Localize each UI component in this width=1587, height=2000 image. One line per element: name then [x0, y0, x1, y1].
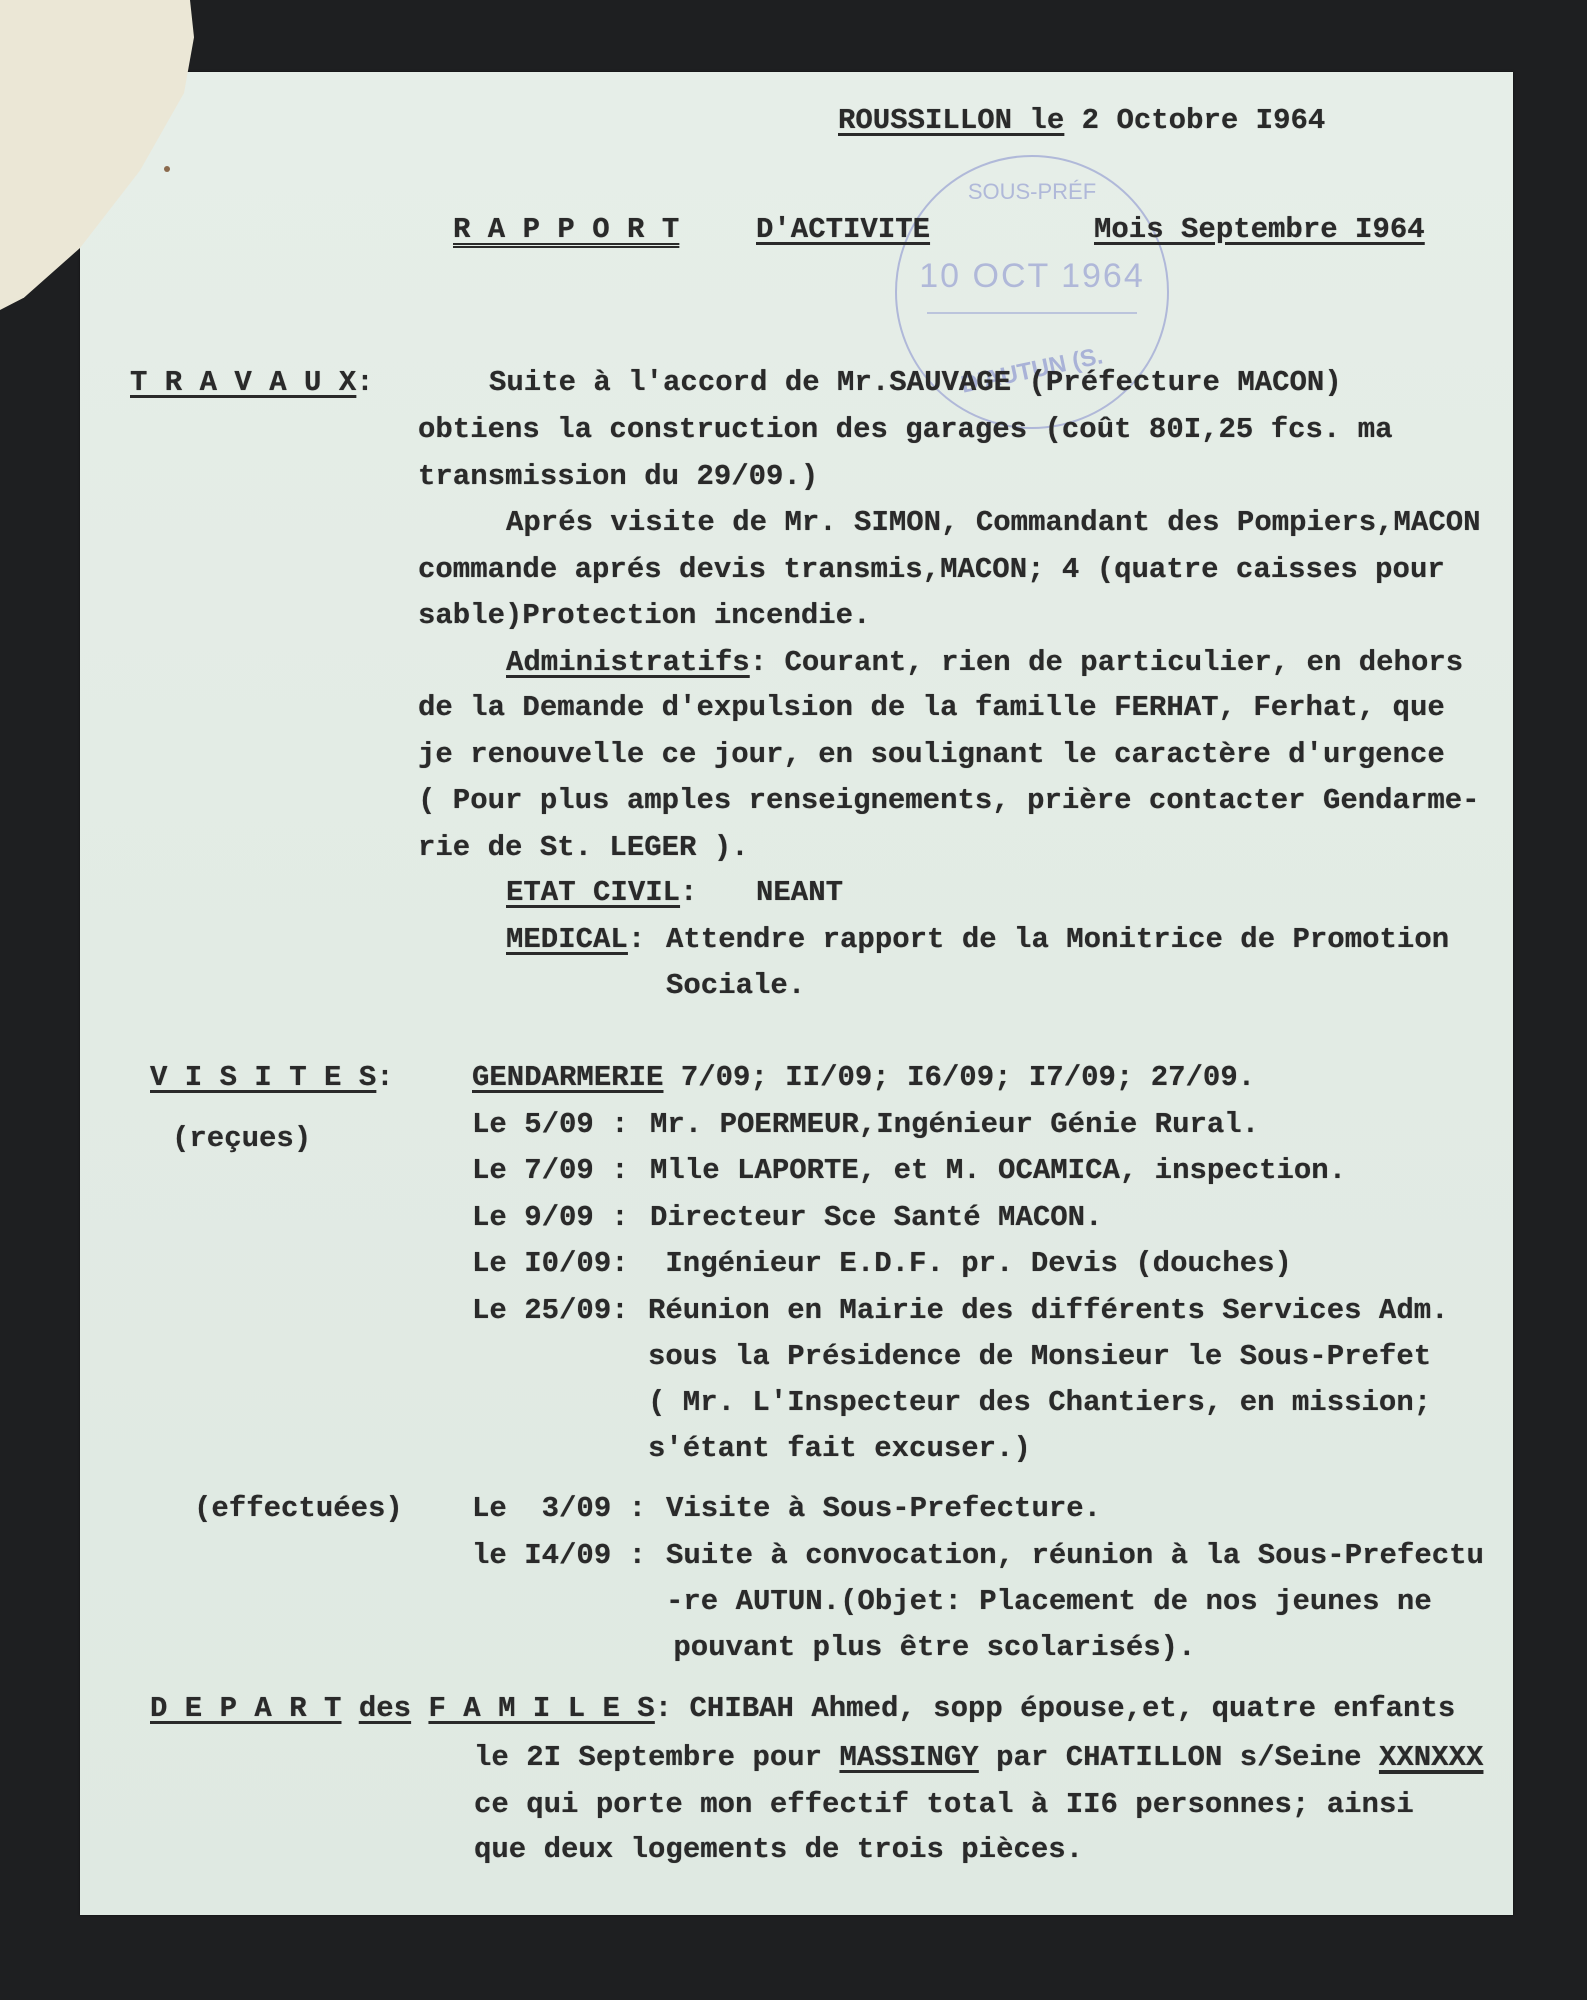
text-fragment: par CHATILLON s/Seine	[979, 1741, 1379, 1774]
text-line: rie de St. LEGER ).	[418, 831, 749, 865]
text-line: obtiens la construction des garages (coû…	[418, 413, 1393, 447]
destination-place: MASSINGY	[839, 1741, 978, 1774]
label-colon: :	[680, 876, 697, 909]
text-line: ce qui porte mon effectif total à II6 pe…	[474, 1788, 1414, 1822]
report-month: Mois Septembre I964	[1094, 213, 1425, 247]
text-line: que deux logements de trois pièces.	[474, 1833, 1083, 1867]
visit-date: Le 25/09:	[472, 1294, 629, 1328]
text-line: CHIBAH Ahmed, sopp épouse,et, quatre enf…	[672, 1692, 1455, 1725]
struck-out-text: XXNXXX	[1379, 1741, 1483, 1774]
text-line: Attendre rapport de la Monitrice de Prom…	[666, 923, 1449, 957]
text-line: je renouvelle ce jour, en soulignant le …	[418, 738, 1445, 772]
label-colon: :	[750, 646, 767, 679]
stamp-date: 10 OCT 1964	[897, 257, 1167, 296]
visit-date: Le 9/09 :	[472, 1201, 629, 1235]
visit-text: Mr. POERMEUR,Ingénieur Génie Rural.	[650, 1108, 1259, 1142]
section-visites-label: V I S I T E S:	[150, 1061, 394, 1095]
visit-date: Le 3/09 :	[472, 1492, 646, 1526]
text-line: s'étant fait excuser.)	[648, 1432, 1031, 1466]
text-line: transmission du 29/09.)	[418, 460, 818, 494]
text-line: Sociale.	[666, 969, 805, 1003]
etat-civil-line: ETAT CIVIL:	[506, 876, 697, 910]
depart-label: D E P A R T	[150, 1692, 341, 1725]
recues-label: (reçues)	[172, 1122, 311, 1156]
gendarmerie-dates: 7/09; II/09; I6/09; I7/09; 27/09.	[663, 1061, 1255, 1094]
administratifs-label: Administratifs	[506, 646, 750, 679]
label-colon: :	[655, 1692, 672, 1725]
visit-text: Mlle LAPORTE, et M. OCAMICA, inspection.	[650, 1154, 1346, 1188]
text-line: Suite à l'accord de Mr.SAUVAGE (Préfectu…	[489, 366, 1342, 400]
label-colon: :	[628, 923, 645, 956]
gendarmerie-line: GENDARMERIE 7/09; II/09; I6/09; I7/09; 2…	[472, 1061, 1255, 1095]
place-date-line: ROUSSILLON le 2 Octobre I964	[838, 104, 1325, 138]
visit-text: Suite à convocation, réunion à la Sous-P…	[666, 1539, 1484, 1573]
section-travaux-label: T R A V A U X:	[130, 366, 374, 400]
visit-text: Ingénieur E.D.F. pr. Devis (douches)	[648, 1247, 1292, 1281]
stamp-rule	[927, 312, 1137, 314]
etat-civil-label: ETAT CIVIL	[506, 876, 680, 909]
date: 2 Octobre I964	[1064, 104, 1325, 137]
report-title: R A P P O R T	[453, 213, 679, 247]
gendarmerie-label: GENDARMERIE	[472, 1061, 663, 1094]
text-line: Courant, rien de particulier, en dehors	[767, 646, 1463, 679]
visit-text: Directeur Sce Santé MACON.	[650, 1201, 1102, 1235]
administratifs-line: Administratifs: Courant, rien de particu…	[506, 646, 1463, 680]
text-line: pouvant plus être scolarisés).	[656, 1631, 1196, 1665]
title-activite: D'ACTIVITE	[756, 213, 930, 246]
visit-text: Réunion en Mairie des différents Service…	[648, 1294, 1449, 1328]
medical-line: MEDICAL:	[506, 923, 645, 957]
report-subtitle: D'ACTIVITE	[756, 213, 930, 247]
text-line: sous la Présidence de Monsieur le Sous-P…	[648, 1340, 1431, 1374]
depart-line-2: le 2I Septembre pour MASSINGY par CHATIL…	[474, 1741, 1483, 1775]
text-line: ( Pour plus amples renseignements, prièr…	[418, 784, 1480, 818]
visit-date: Le 5/09 :	[472, 1108, 629, 1142]
text-fragment: le 2I Septembre pour	[474, 1741, 839, 1774]
title-rapport: R A P P O R T	[453, 213, 679, 246]
text-line: -re AUTUN.(Objet: Placement de nos jeune…	[666, 1585, 1432, 1619]
label-colon: :	[356, 366, 373, 399]
stamp-top-text: SOUS-PRÉF	[897, 179, 1167, 205]
label-colon: :	[376, 1061, 393, 1094]
visit-text: Visite à Sous-Prefecture.	[666, 1492, 1101, 1526]
des-label: des	[359, 1692, 411, 1725]
text-line: Aprés visite de Mr. SIMON, Commandant de…	[506, 506, 1481, 540]
visit-date: le I4/09 :	[472, 1539, 646, 1573]
effectuees-label: (effectuées)	[194, 1492, 403, 1526]
paper-stain	[164, 166, 170, 172]
visites-label: V I S I T E S	[150, 1061, 376, 1094]
familes-label: F A M I L E S	[428, 1692, 654, 1725]
text-line: sable)Protection incendie.	[418, 599, 870, 633]
travaux-label: T R A V A U X	[130, 366, 356, 399]
text-line: commande aprés devis transmis,MACON; 4 (…	[418, 553, 1445, 587]
depart-line: D E P A R T des F A M I L E S: CHIBAH Ah…	[150, 1692, 1455, 1726]
visit-date: Le I0/09:	[472, 1247, 629, 1281]
text-line: de la Demande d'expulsion de la famille …	[418, 691, 1445, 725]
place-date: ROUSSILLON le	[838, 104, 1064, 137]
visit-date: Le 7/09 :	[472, 1154, 629, 1188]
medical-label: MEDICAL	[506, 923, 628, 956]
text-line: ( Mr. L'Inspecteur des Chantiers, en mis…	[648, 1386, 1431, 1420]
etat-civil-value: NEANT	[756, 876, 843, 910]
title-month: Mois Septembre I964	[1094, 213, 1425, 246]
